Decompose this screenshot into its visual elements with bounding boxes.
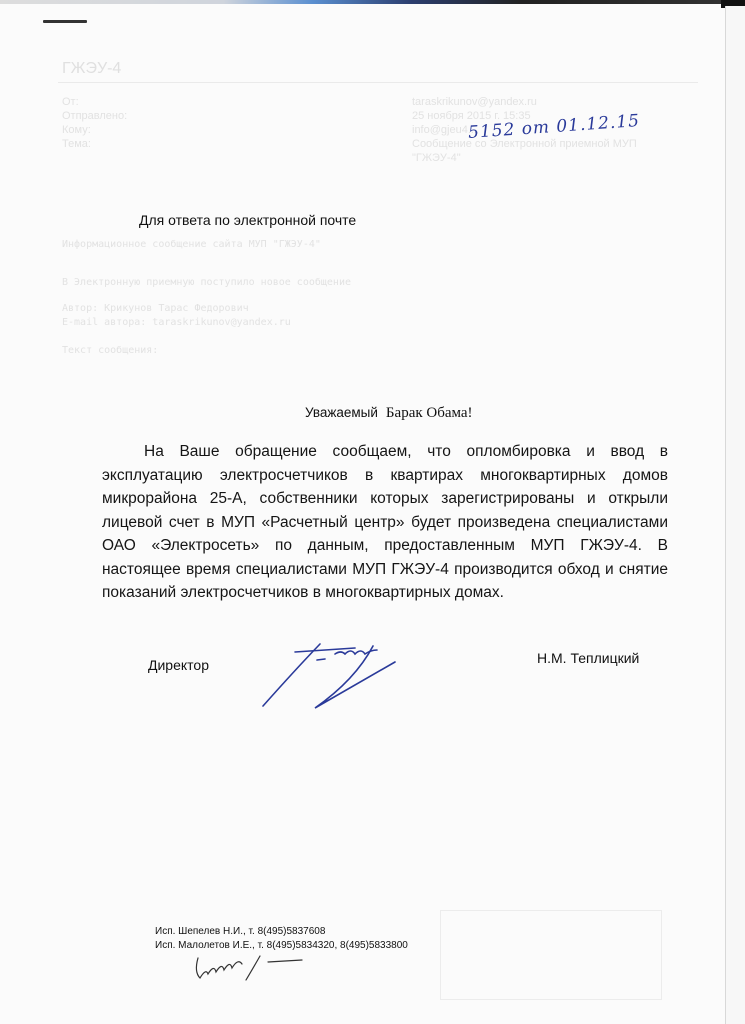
faded-line: E-mail автора: taraskrikunov@yandex.ru xyxy=(62,316,291,330)
letter-body: На Ваше обращение сообщаем, что опломбир… xyxy=(102,440,668,605)
faded-org-name: ГЖЭУ-4 xyxy=(62,60,121,78)
faded-line: В Электронную приемную поступило новое с… xyxy=(62,276,351,290)
executor-signature xyxy=(190,950,305,985)
faded-field-label: Кому: xyxy=(62,123,91,137)
executors-block: Исп. Шепелев Н.И., т. 8(495)5837608 Исп.… xyxy=(155,925,408,953)
scanner-edge-strip xyxy=(0,0,745,4)
faded-line: Автор: Крикунов Тарас Федорович xyxy=(62,302,249,316)
faded-field-value: Сообщение со Электронной приемной МУП "Г… xyxy=(412,137,642,165)
salutation: УважаемыйБарак Обама! xyxy=(305,405,473,422)
salutation-greeting: Уважаемый xyxy=(305,405,378,420)
faded-field-label: Отправлено: xyxy=(62,109,127,123)
faded-line: Текст сообщения: xyxy=(62,344,158,358)
executor-line: Исп. Шепелев Н.И., т. 8(495)5837608 xyxy=(155,925,408,939)
faded-field-label: Тема: xyxy=(62,137,91,151)
faded-field-value: taraskrikunov@yandex.ru xyxy=(412,95,537,109)
reply-note: Для ответа по электронной почте xyxy=(139,212,356,228)
faded-stamp-box xyxy=(440,910,662,1000)
scanner-right-margin xyxy=(726,6,745,1024)
corner-dash-mark xyxy=(43,20,87,23)
signature-title: Директор xyxy=(148,657,209,673)
faded-line: Информационное сообщение сайта МУП "ГЖЭУ… xyxy=(62,238,321,252)
faded-field-label: От: xyxy=(62,95,79,109)
handwritten-signature xyxy=(255,640,425,710)
faded-header-rule xyxy=(58,82,698,83)
signature-name: Н.М. Теплицкий xyxy=(537,650,639,666)
page-right-edge xyxy=(725,6,726,1024)
salutation-name: Барак Обама! xyxy=(386,405,473,421)
